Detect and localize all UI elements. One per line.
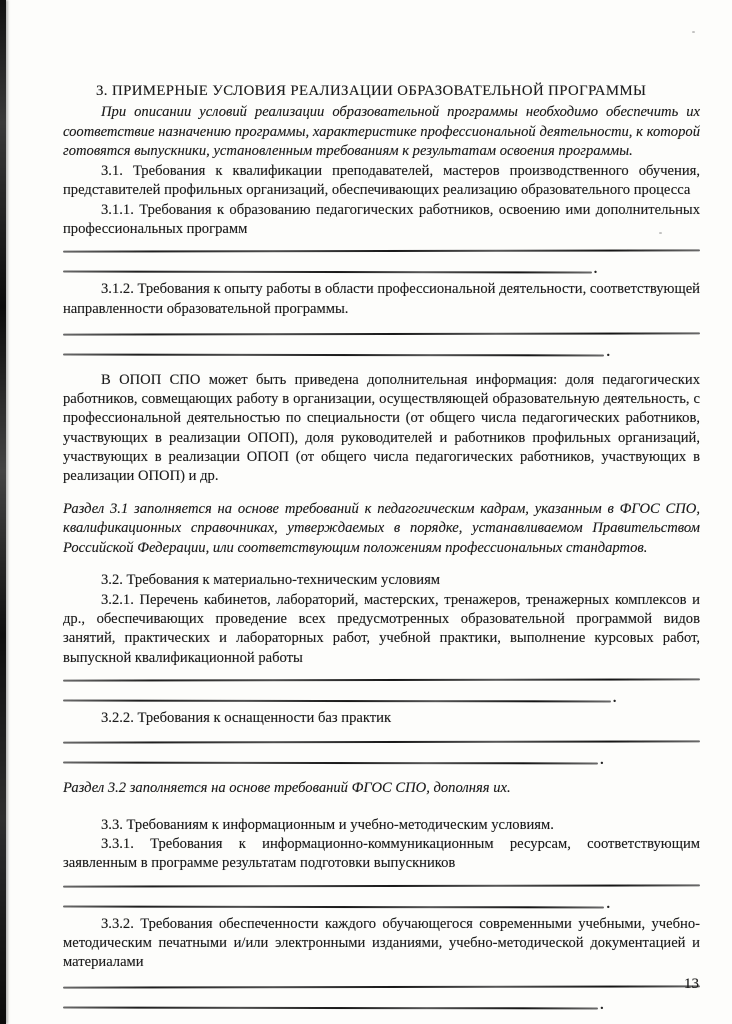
- paragraph-3-2-1: 3.2.1. Перечень кабинетов, лабораторий, …: [63, 591, 700, 668]
- fill-in-blank-after-3-3-2: .: [63, 986, 700, 1009]
- fill-in-rule-short: [63, 699, 611, 702]
- trailing-period: .: [600, 758, 604, 764]
- fill-in-rule-long: [63, 985, 700, 988]
- fill-in-rule-long: [63, 678, 700, 681]
- trailing-period: .: [594, 267, 598, 273]
- fill-in-rule-short: [63, 1006, 598, 1009]
- document-page: 3. ПРИМЕРНЫЕ УСЛОВИЯ РЕАЛИЗАЦИИ ОБРАЗОВА…: [0, 0, 732, 1024]
- trailing-period: .: [600, 1003, 604, 1009]
- trailing-period: .: [613, 696, 617, 702]
- section-heading: 3. ПРИМЕРНЫЕ УСЛОВИЯ РЕАЛИЗАЦИИ ОБРАЗОВА…: [96, 82, 700, 101]
- trailing-period: .: [606, 902, 610, 908]
- fill-in-blank-after-3-3-1: .: [63, 885, 700, 908]
- intro-paragraph: При описании условий реализации образова…: [63, 103, 700, 162]
- fill-in-blank-after-3-1-1: .: [63, 250, 700, 273]
- fill-in-blank-after-3-1-2: .: [63, 333, 700, 356]
- paragraph-opop-note: В ОПОП СПО может быть приведена дополнит…: [63, 371, 700, 487]
- paragraph-3-2: 3.2. Требования к материально-технически…: [63, 571, 700, 590]
- fill-in-rule-short: [63, 271, 592, 274]
- paragraph-3-3: 3.3. Требованиям к информационным и учеб…: [63, 816, 700, 835]
- scan-edge-artifact: [0, 0, 6, 1024]
- paragraph-3-3-1: 3.3.1. Требования к информационно-коммун…: [63, 835, 700, 874]
- section-heading-text: 3. ПРИМЕРНЫЕ УСЛОВИЯ РЕАЛИЗАЦИИ ОБРАЗОВА…: [96, 83, 646, 99]
- paragraph-razdel-3-2-note: Раздел 3.2 заполняется на основе требова…: [63, 779, 700, 799]
- fill-in-rule-short: [63, 905, 604, 908]
- fill-in-blank-after-3-2-1: .: [63, 679, 700, 702]
- paragraph-3-1-1: 3.1.1. Требования к образованию педагоги…: [63, 201, 700, 240]
- fill-in-rule-long: [63, 884, 700, 887]
- paragraph-razdel-3-1-note: Раздел 3.1 заполняется на основе требова…: [63, 500, 700, 559]
- fill-in-rule-short: [63, 353, 604, 356]
- fill-in-rule-short: [63, 762, 598, 765]
- page-number: 13: [684, 976, 699, 993]
- paragraph-3-1-2: 3.1.2. Требования к опыту работы в облас…: [63, 280, 700, 319]
- paragraph-3-3-2: 3.3.2. Требования обеспеченности каждого…: [63, 915, 700, 973]
- trailing-period: .: [606, 350, 610, 356]
- paragraph-3-1: 3.1. Требования к квалификации преподава…: [63, 162, 700, 201]
- page-content: 3. ПРИМЕРНЫЕ УСЛОВИЯ РЕАЛИЗАЦИИ ОБРАЗОВА…: [63, 0, 700, 1016]
- paragraph-3-2-2: 3.2.2. Требования к оснащенности баз пра…: [63, 709, 700, 728]
- fill-in-rule-long: [63, 332, 700, 335]
- fill-in-rule-long: [63, 741, 700, 744]
- fill-in-rule-long: [63, 250, 700, 253]
- fill-in-blank-after-3-2-2: .: [63, 741, 700, 764]
